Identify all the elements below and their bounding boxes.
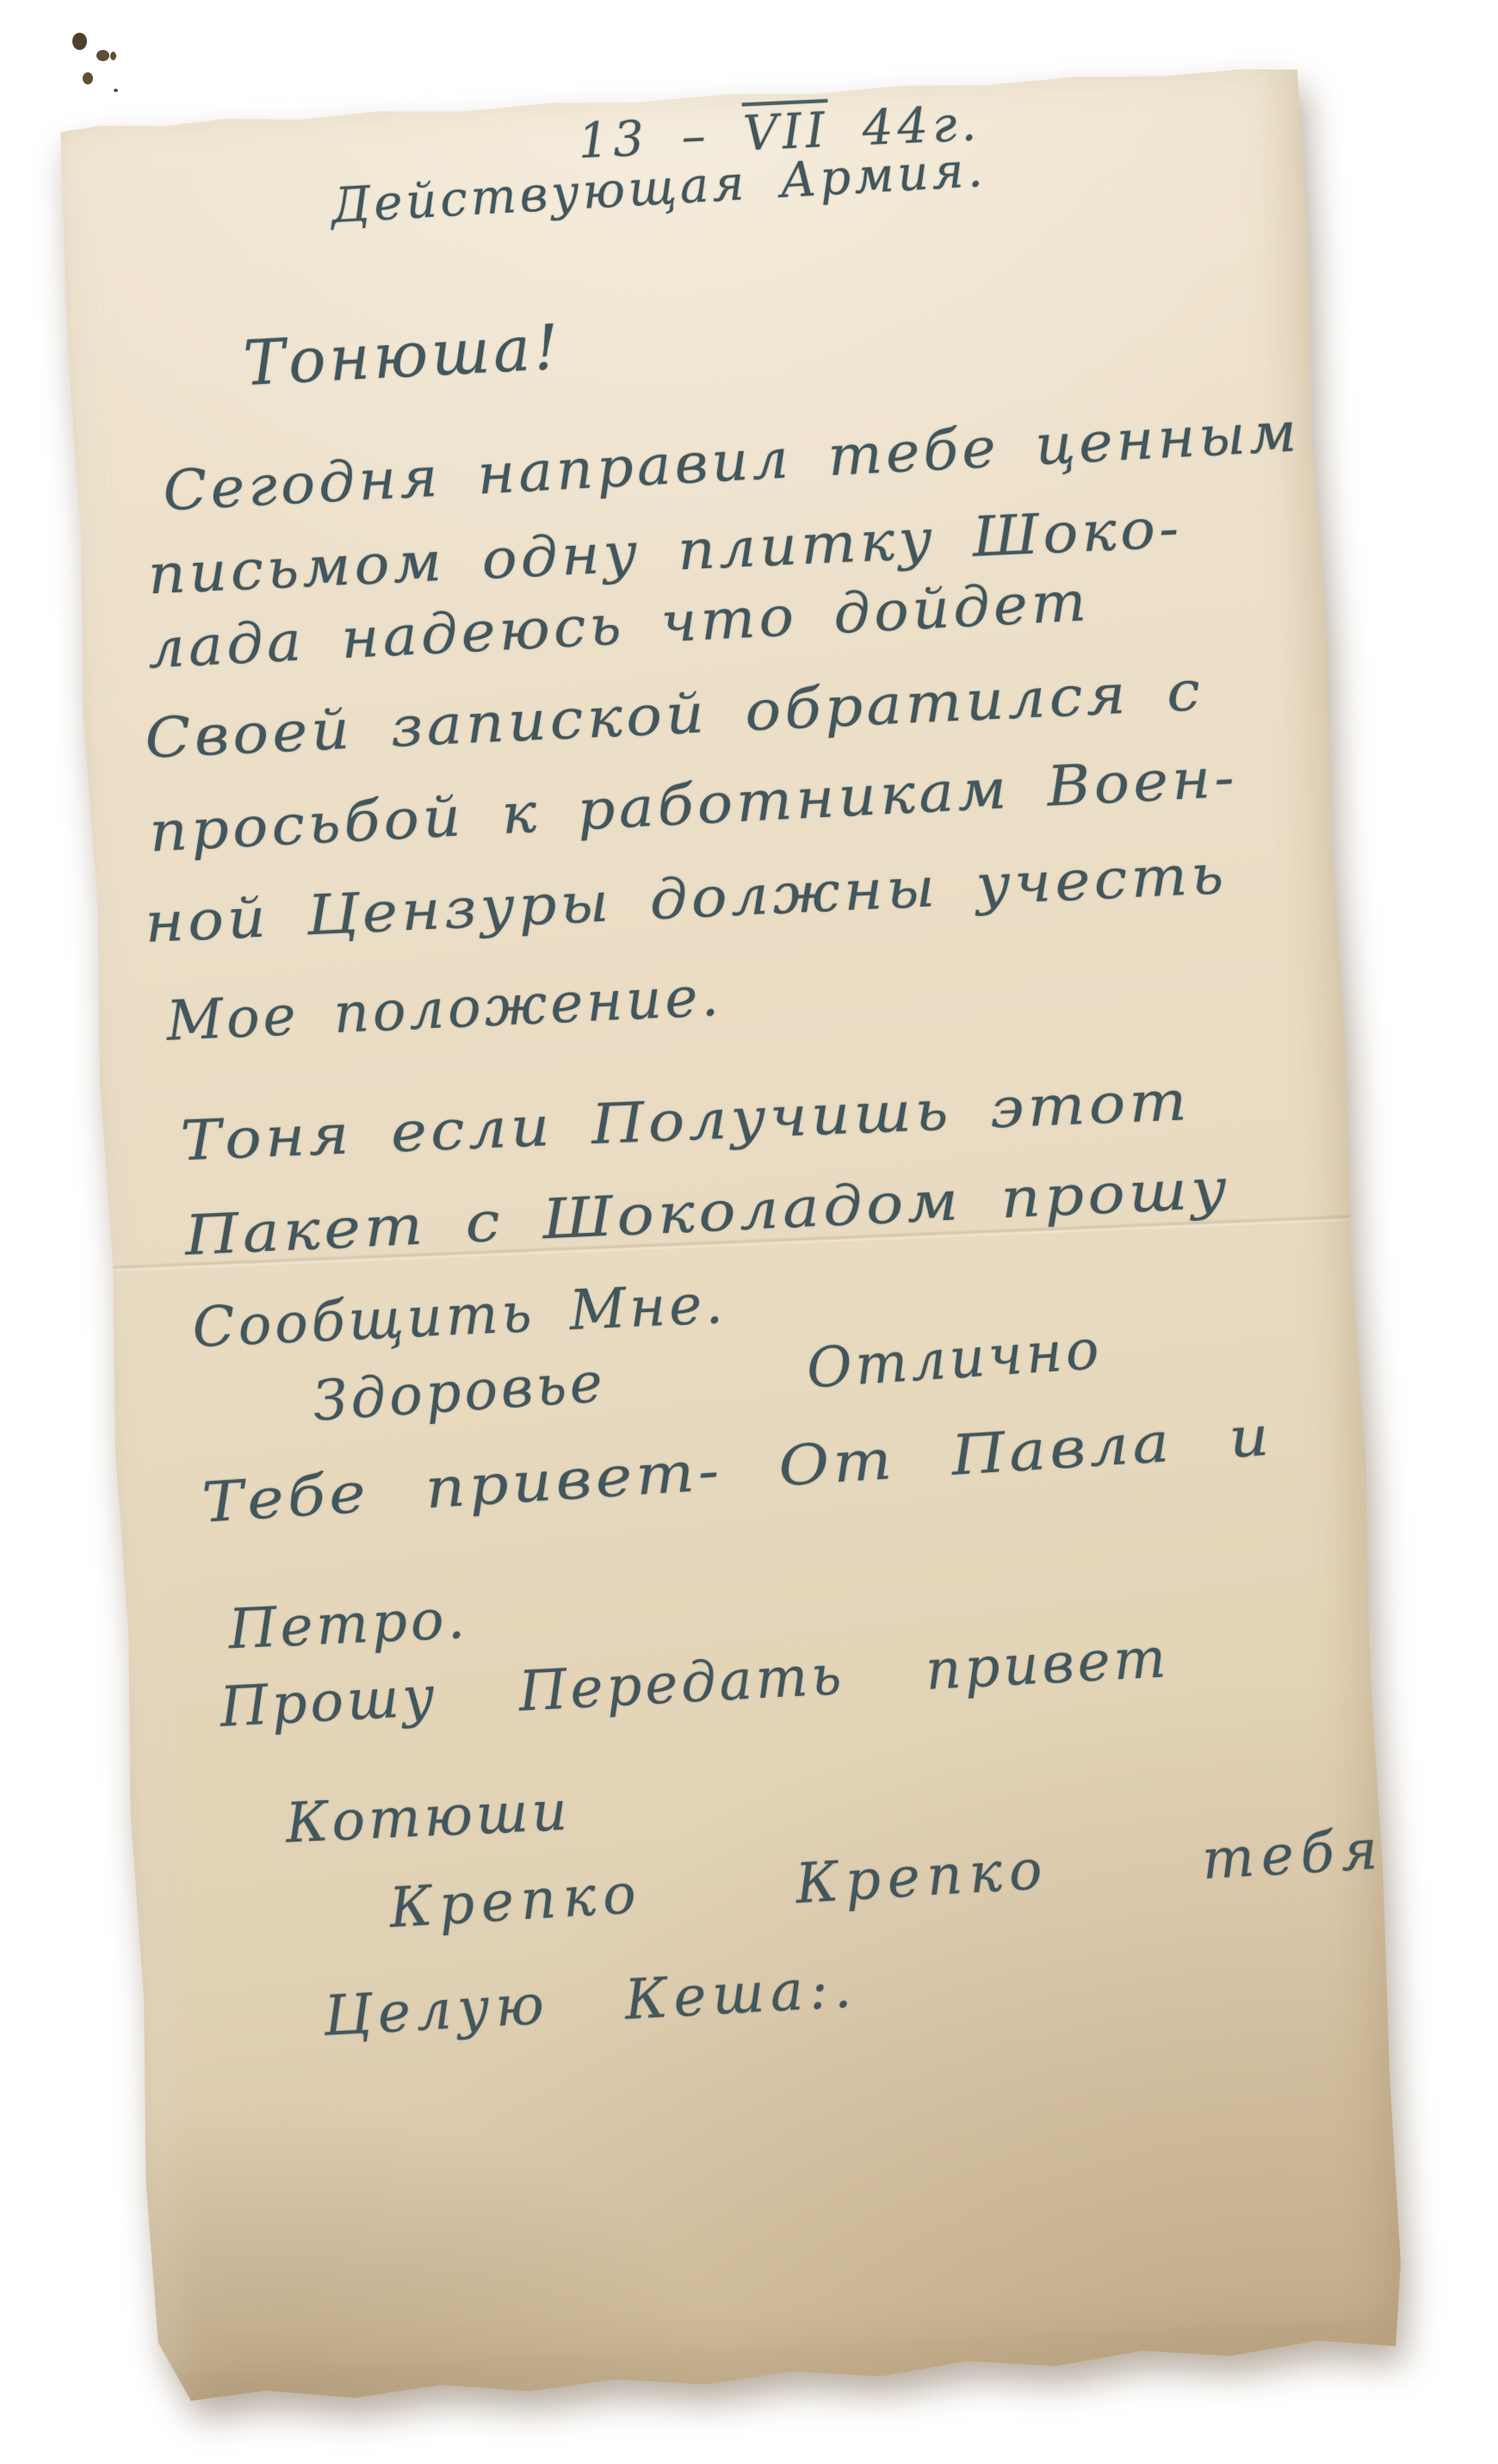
debris-speck bbox=[110, 52, 116, 60]
body-line-7: Мое положение. bbox=[165, 965, 723, 1054]
debris-speck bbox=[96, 50, 109, 61]
salutation-line: Тонюша! bbox=[242, 311, 564, 399]
body-line-8: Тоня если Получишь этот bbox=[179, 1069, 1192, 1173]
letter-paper: 13 – VII 44г. Действующая Армия. Тонюша!… bbox=[50, 65, 1406, 2411]
debris-speck bbox=[72, 33, 87, 50]
letter-paper-wrap: 13 – VII 44г. Действующая Армия. Тонюша!… bbox=[50, 65, 1406, 2411]
signature-line: Целую Кеша:. bbox=[322, 1956, 858, 2048]
body-line-13: Петро. bbox=[227, 1588, 469, 1662]
debris-speck bbox=[83, 72, 93, 84]
debris-speck bbox=[114, 89, 118, 92]
body-line-9: Пакет с Шоколадом прошу bbox=[183, 1157, 1232, 1268]
body-line-15: Котюши bbox=[284, 1780, 572, 1856]
body-line-4: Своей запиской обратился с bbox=[144, 659, 1205, 771]
body-line-5: просьбой к работникам Воен- bbox=[148, 746, 1240, 865]
body-line-6: ной Цензуры должны учесть bbox=[144, 843, 1229, 956]
body-line-10: Сообщить Мне. bbox=[191, 1272, 727, 1360]
